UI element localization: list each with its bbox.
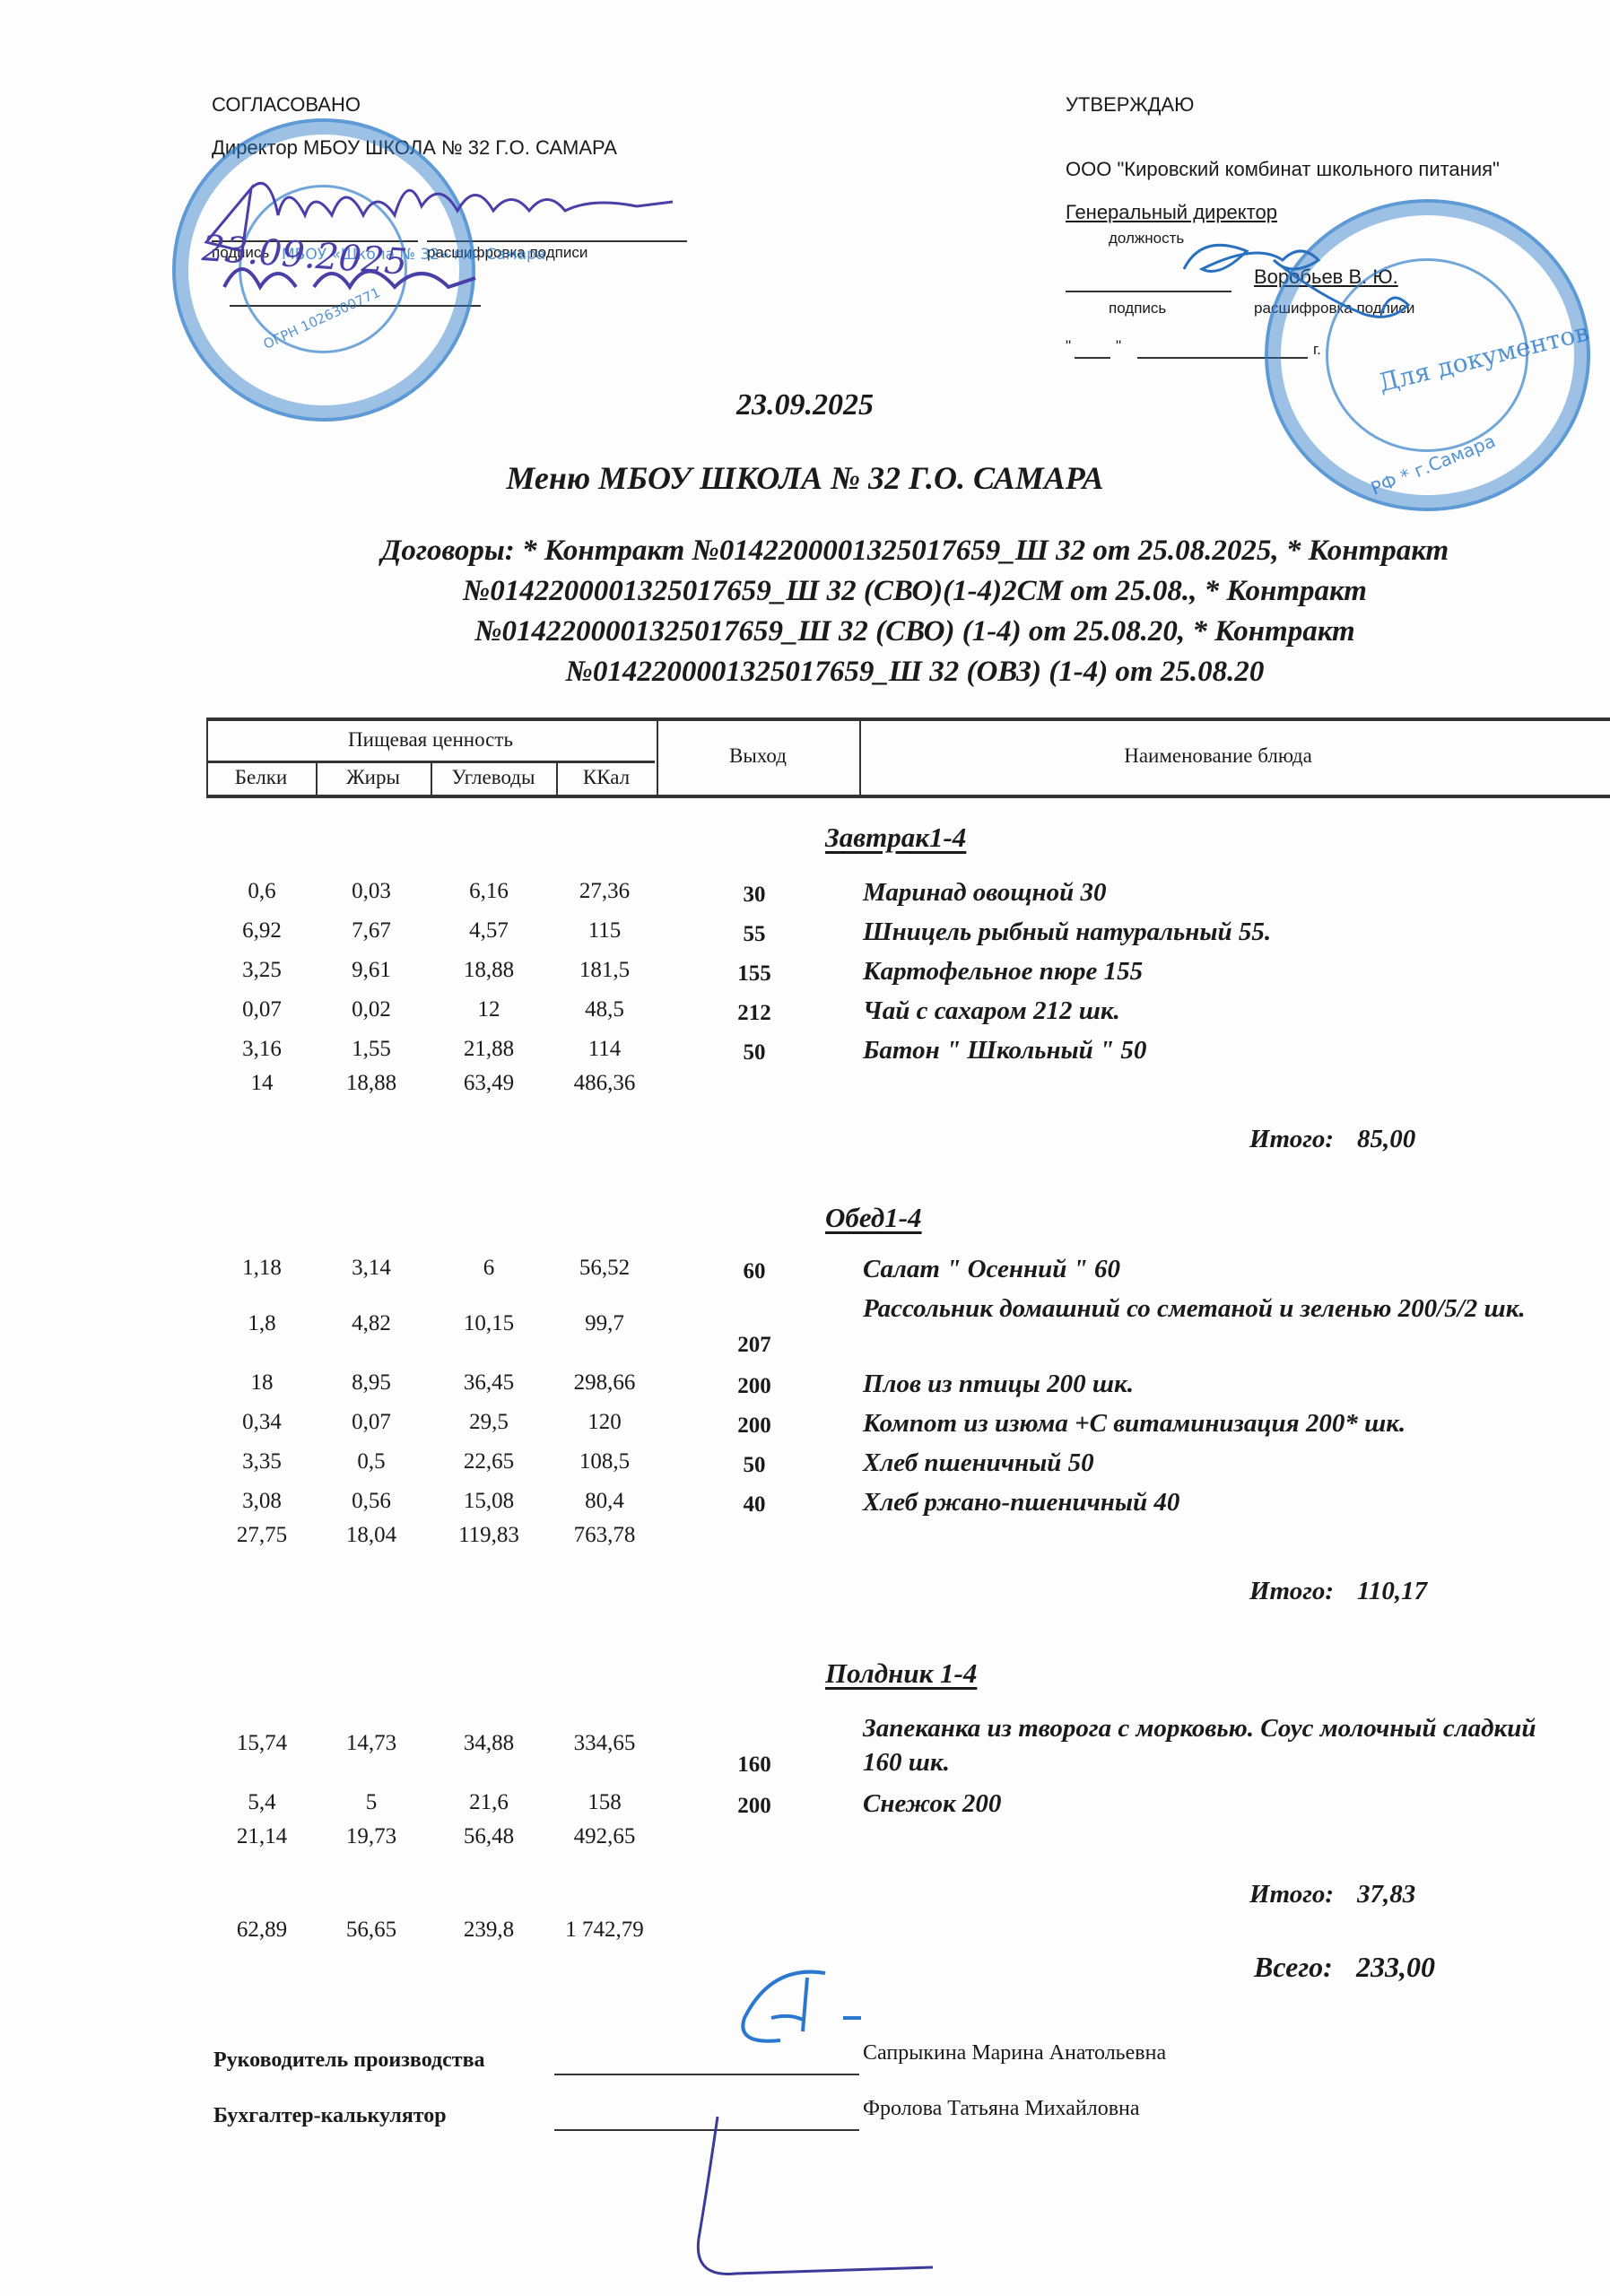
signature-line: [554, 2074, 859, 2075]
section-total-value: 37,83: [1357, 1880, 1415, 1909]
nutrition-value: 3,14: [318, 1256, 425, 1281]
nutrition-value: 29,5: [435, 1410, 543, 1435]
dish-name: Маринад овощной 30: [863, 875, 1610, 909]
nutrition-value: 181,5: [551, 958, 658, 983]
approval-right-organization: ООО "Кировский комбинат школьного питани…: [1066, 158, 1500, 181]
nutrition-value: 6,92: [208, 918, 316, 944]
nutrition-value: 3,08: [208, 1489, 316, 1514]
general-director-signature: [1166, 224, 1471, 341]
date-quote-open: ": [1066, 337, 1071, 355]
nutrition-value: 10,15: [435, 1311, 543, 1336]
dish-yield: 155: [705, 961, 804, 987]
dish-yield: 200: [705, 1413, 804, 1439]
nutrition-value: 1,55: [318, 1037, 425, 1062]
subtotal-value: 56,48: [435, 1824, 543, 1849]
accountant-signature: [664, 2108, 951, 2287]
subtotal-value: 18,88: [318, 1071, 425, 1096]
nutrition-value: 0,02: [318, 997, 425, 1022]
nutrition-value: 0,5: [318, 1449, 425, 1474]
section-total-label: Итого:: [1249, 1125, 1334, 1154]
grand-total-amount: 233,00: [1356, 1951, 1435, 1984]
section-total-value: 85,00: [1357, 1125, 1415, 1154]
nutrition-value: 27,36: [551, 879, 658, 904]
subtotal-value: 27,75: [208, 1523, 316, 1548]
nutrition-value: 115: [551, 918, 658, 944]
dish-name: Запеканка из творога с морковью. Соус мо…: [863, 1711, 1545, 1779]
nutrition-value: 4,82: [318, 1311, 425, 1336]
nutrition-value: 14,73: [318, 1731, 425, 1756]
contract-line: Договоры: * Контракт №014220000132501765…: [260, 531, 1570, 571]
caption-signature: подпись: [1109, 300, 1166, 317]
nutrition-value: 298,66: [551, 1370, 658, 1396]
subtotal-value: 486,36: [551, 1071, 658, 1096]
subtotal-value: 18,04: [318, 1523, 425, 1548]
nutrition-value: 1,18: [208, 1256, 316, 1281]
dish-name: Батон " Школьный " 50: [863, 1033, 1610, 1067]
dish-name: Картофельное пюре 155: [863, 954, 1610, 988]
nutrition-value: 0,6: [208, 879, 316, 904]
section-total-value: 110,17: [1357, 1577, 1427, 1606]
contract-line: №0142200001325017659_Ш 32 (ОВЗ) (1-4) от…: [260, 652, 1570, 692]
dish-yield: 50: [705, 1453, 804, 1478]
dish-yield: 55: [705, 922, 804, 947]
nutrition-value: 56,52: [551, 1256, 658, 1281]
dish-yield: 30: [705, 883, 804, 908]
nutrition-value: 18,88: [435, 958, 543, 983]
header-nutrition: Пищевая ценность: [206, 728, 655, 752]
nutrition-value: 0,34: [208, 1410, 316, 1435]
dish-yield: 200: [705, 1374, 804, 1399]
header-carbs: Углеводы: [431, 766, 556, 789]
nutrition-value: 34,88: [435, 1731, 543, 1756]
nutrition-value: 21,6: [435, 1790, 543, 1815]
section-title: Полдник 1-4: [825, 1657, 977, 1690]
header-dish-name: Наименование блюда: [859, 744, 1577, 768]
nutrition-value: 18: [208, 1370, 316, 1396]
header-fat: Жиры: [316, 766, 431, 789]
nutrition-value: 7,67: [318, 918, 425, 944]
approval-right-title: УТВЕРЖДАЮ: [1066, 93, 1194, 117]
date-quote-close: ": [1116, 337, 1121, 355]
subtotal-value: 492,65: [551, 1824, 658, 1849]
dish-yield: 207: [705, 1333, 804, 1358]
nutrition-value: 4,57: [435, 918, 543, 944]
dish-name: Чай с сахаром 212 шк.: [863, 994, 1610, 1028]
nutrition-value: 6: [435, 1256, 543, 1281]
header-kcal: ККал: [556, 766, 657, 789]
nutrition-value: 12: [435, 997, 543, 1022]
dish-name: Компот из изюма +С витаминизация 200* шк…: [863, 1406, 1610, 1440]
dish-name: Салат " Осенний " 60: [863, 1252, 1610, 1286]
date-day-blank: [1075, 357, 1110, 359]
contracts-list: Договоры: * Контракт №014220000132501765…: [260, 531, 1570, 692]
signature-role: Бухгалтер-калькулятор: [213, 2104, 447, 2128]
subtotal-value: 21,14: [208, 1824, 316, 1849]
nutrition-value: 8,95: [318, 1370, 425, 1396]
nutrition-value: 334,65: [551, 1731, 658, 1756]
nutrition-value: 9,61: [318, 958, 425, 983]
signature-role: Руководитель производства: [213, 2048, 485, 2073]
header-protein: Белки: [206, 766, 316, 789]
subtotal-value: 63,49: [435, 1071, 543, 1096]
section-total-label: Итого:: [1249, 1880, 1334, 1909]
nutrition-value: 1,8: [208, 1311, 316, 1336]
section-title: Завтрак1-4: [825, 822, 966, 854]
subtotal-value: 14: [208, 1071, 316, 1096]
nutrition-value: 0,07: [318, 1410, 425, 1435]
nutrition-value: 0,56: [318, 1489, 425, 1514]
dish-name: Шницель рыбный натуральный 55.: [863, 915, 1610, 949]
nutrition-value: 22,65: [435, 1449, 543, 1474]
dish-yield: 160: [705, 1752, 804, 1778]
nutrition-value: 5: [318, 1790, 425, 1815]
dish-name: Хлеб ржано-пшеничный 40: [863, 1485, 1610, 1519]
nutrition-value: 48,5: [551, 997, 658, 1022]
contract-line: №0142200001325017659_Ш 32 (СВО)(1-4)2СМ …: [260, 571, 1570, 612]
section-total-label: Итого:: [1249, 1577, 1334, 1606]
approval-right-position: Генеральный директор: [1066, 201, 1277, 224]
subtotal-value: 19,73: [318, 1824, 425, 1849]
section-title: Обед1-4: [825, 1202, 922, 1234]
contract-line: №0142200001325017659_Ш 32 (СВО) (1-4) от…: [260, 612, 1570, 652]
subtotal-value: 119,83: [435, 1523, 543, 1548]
grand-total-value: 239,8: [435, 1918, 543, 1943]
dish-name: Плов из птицы 200 шк.: [863, 1367, 1610, 1401]
dish-yield: 212: [705, 1001, 804, 1026]
nutrition-value: 108,5: [551, 1449, 658, 1474]
dish-yield: 200: [705, 1794, 804, 1819]
grand-total-value: 62,89: [208, 1918, 316, 1943]
production-head-signature: [718, 1964, 879, 2054]
nutrition-value: 6,16: [435, 879, 543, 904]
grand-total-value: 1 742,79: [542, 1918, 667, 1943]
dish-name: Рассольник домашний со сметаной и зелень…: [863, 1291, 1610, 1326]
menu-title: Меню МБОУ ШКОЛА № 32 Г.О. САМАРА: [0, 459, 1610, 497]
approval-left-title: СОГЛАСОВАНО: [212, 93, 361, 117]
signature-name: Сапрыкина Марина Анатольевна: [863, 2041, 1166, 2066]
nutrition-value: 5,4: [208, 1790, 316, 1815]
dish-yield: 40: [705, 1492, 804, 1518]
nutrition-value: 99,7: [551, 1311, 658, 1336]
grand-total-value: 56,65: [318, 1918, 425, 1943]
nutrition-value: 15,08: [435, 1489, 543, 1514]
nutrition-value: 0,03: [318, 879, 425, 904]
nutrition-value: 120: [551, 1410, 658, 1435]
nutrition-value: 114: [551, 1037, 658, 1062]
nutrition-value: 3,35: [208, 1449, 316, 1474]
dish-yield: 50: [705, 1040, 804, 1065]
nutrition-value: 158: [551, 1790, 658, 1815]
dish-name: Снежок 200: [863, 1787, 1610, 1821]
nutrition-value: 36,45: [435, 1370, 543, 1396]
nutrition-value: 3,25: [208, 958, 316, 983]
grand-total-label: Всего:: [1254, 1951, 1333, 1984]
nutrition-value: 15,74: [208, 1731, 316, 1756]
header-yield: Выход: [657, 744, 859, 768]
nutrition-value: 21,88: [435, 1037, 543, 1062]
menu-date: 23.09.2025: [0, 388, 1610, 422]
nutrition-value: 3,16: [208, 1037, 316, 1062]
dish-yield: 60: [705, 1259, 804, 1284]
nutrition-value: 80,4: [551, 1489, 658, 1514]
subtotal-value: 763,78: [551, 1523, 658, 1548]
nutrition-value: 0,07: [208, 997, 316, 1022]
dish-name: Хлеб пшеничный 50: [863, 1446, 1610, 1480]
table-header: Пищевая ценность Белки Жиры Углеводы ККа…: [206, 717, 1610, 798]
